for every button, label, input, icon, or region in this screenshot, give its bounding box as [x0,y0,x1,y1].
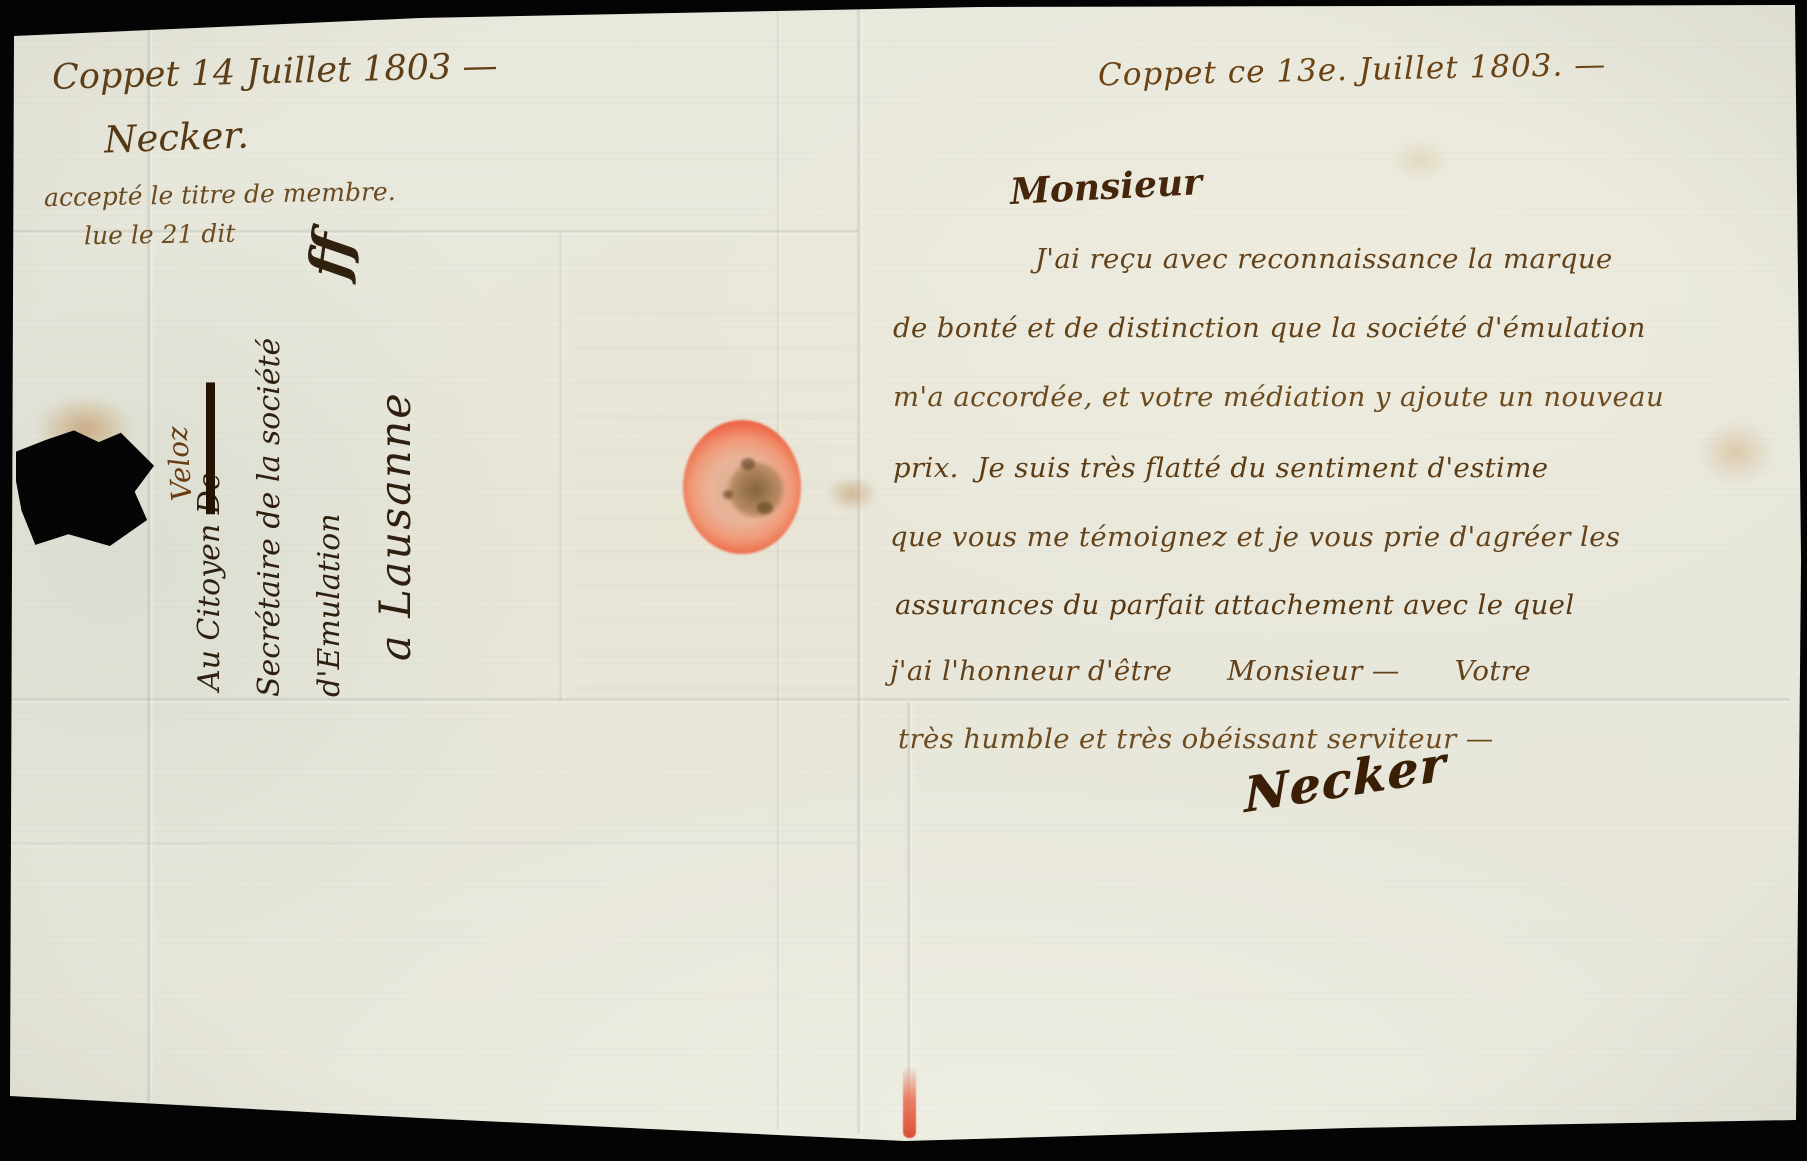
photo-vignette [0,0,1807,1161]
letter-sheet: Coppet 14 Juillet 1803 — Necker. accepté… [0,0,1807,1161]
photo-background: Coppet 14 Juillet 1803 — Necker. accepté… [0,0,1807,1161]
